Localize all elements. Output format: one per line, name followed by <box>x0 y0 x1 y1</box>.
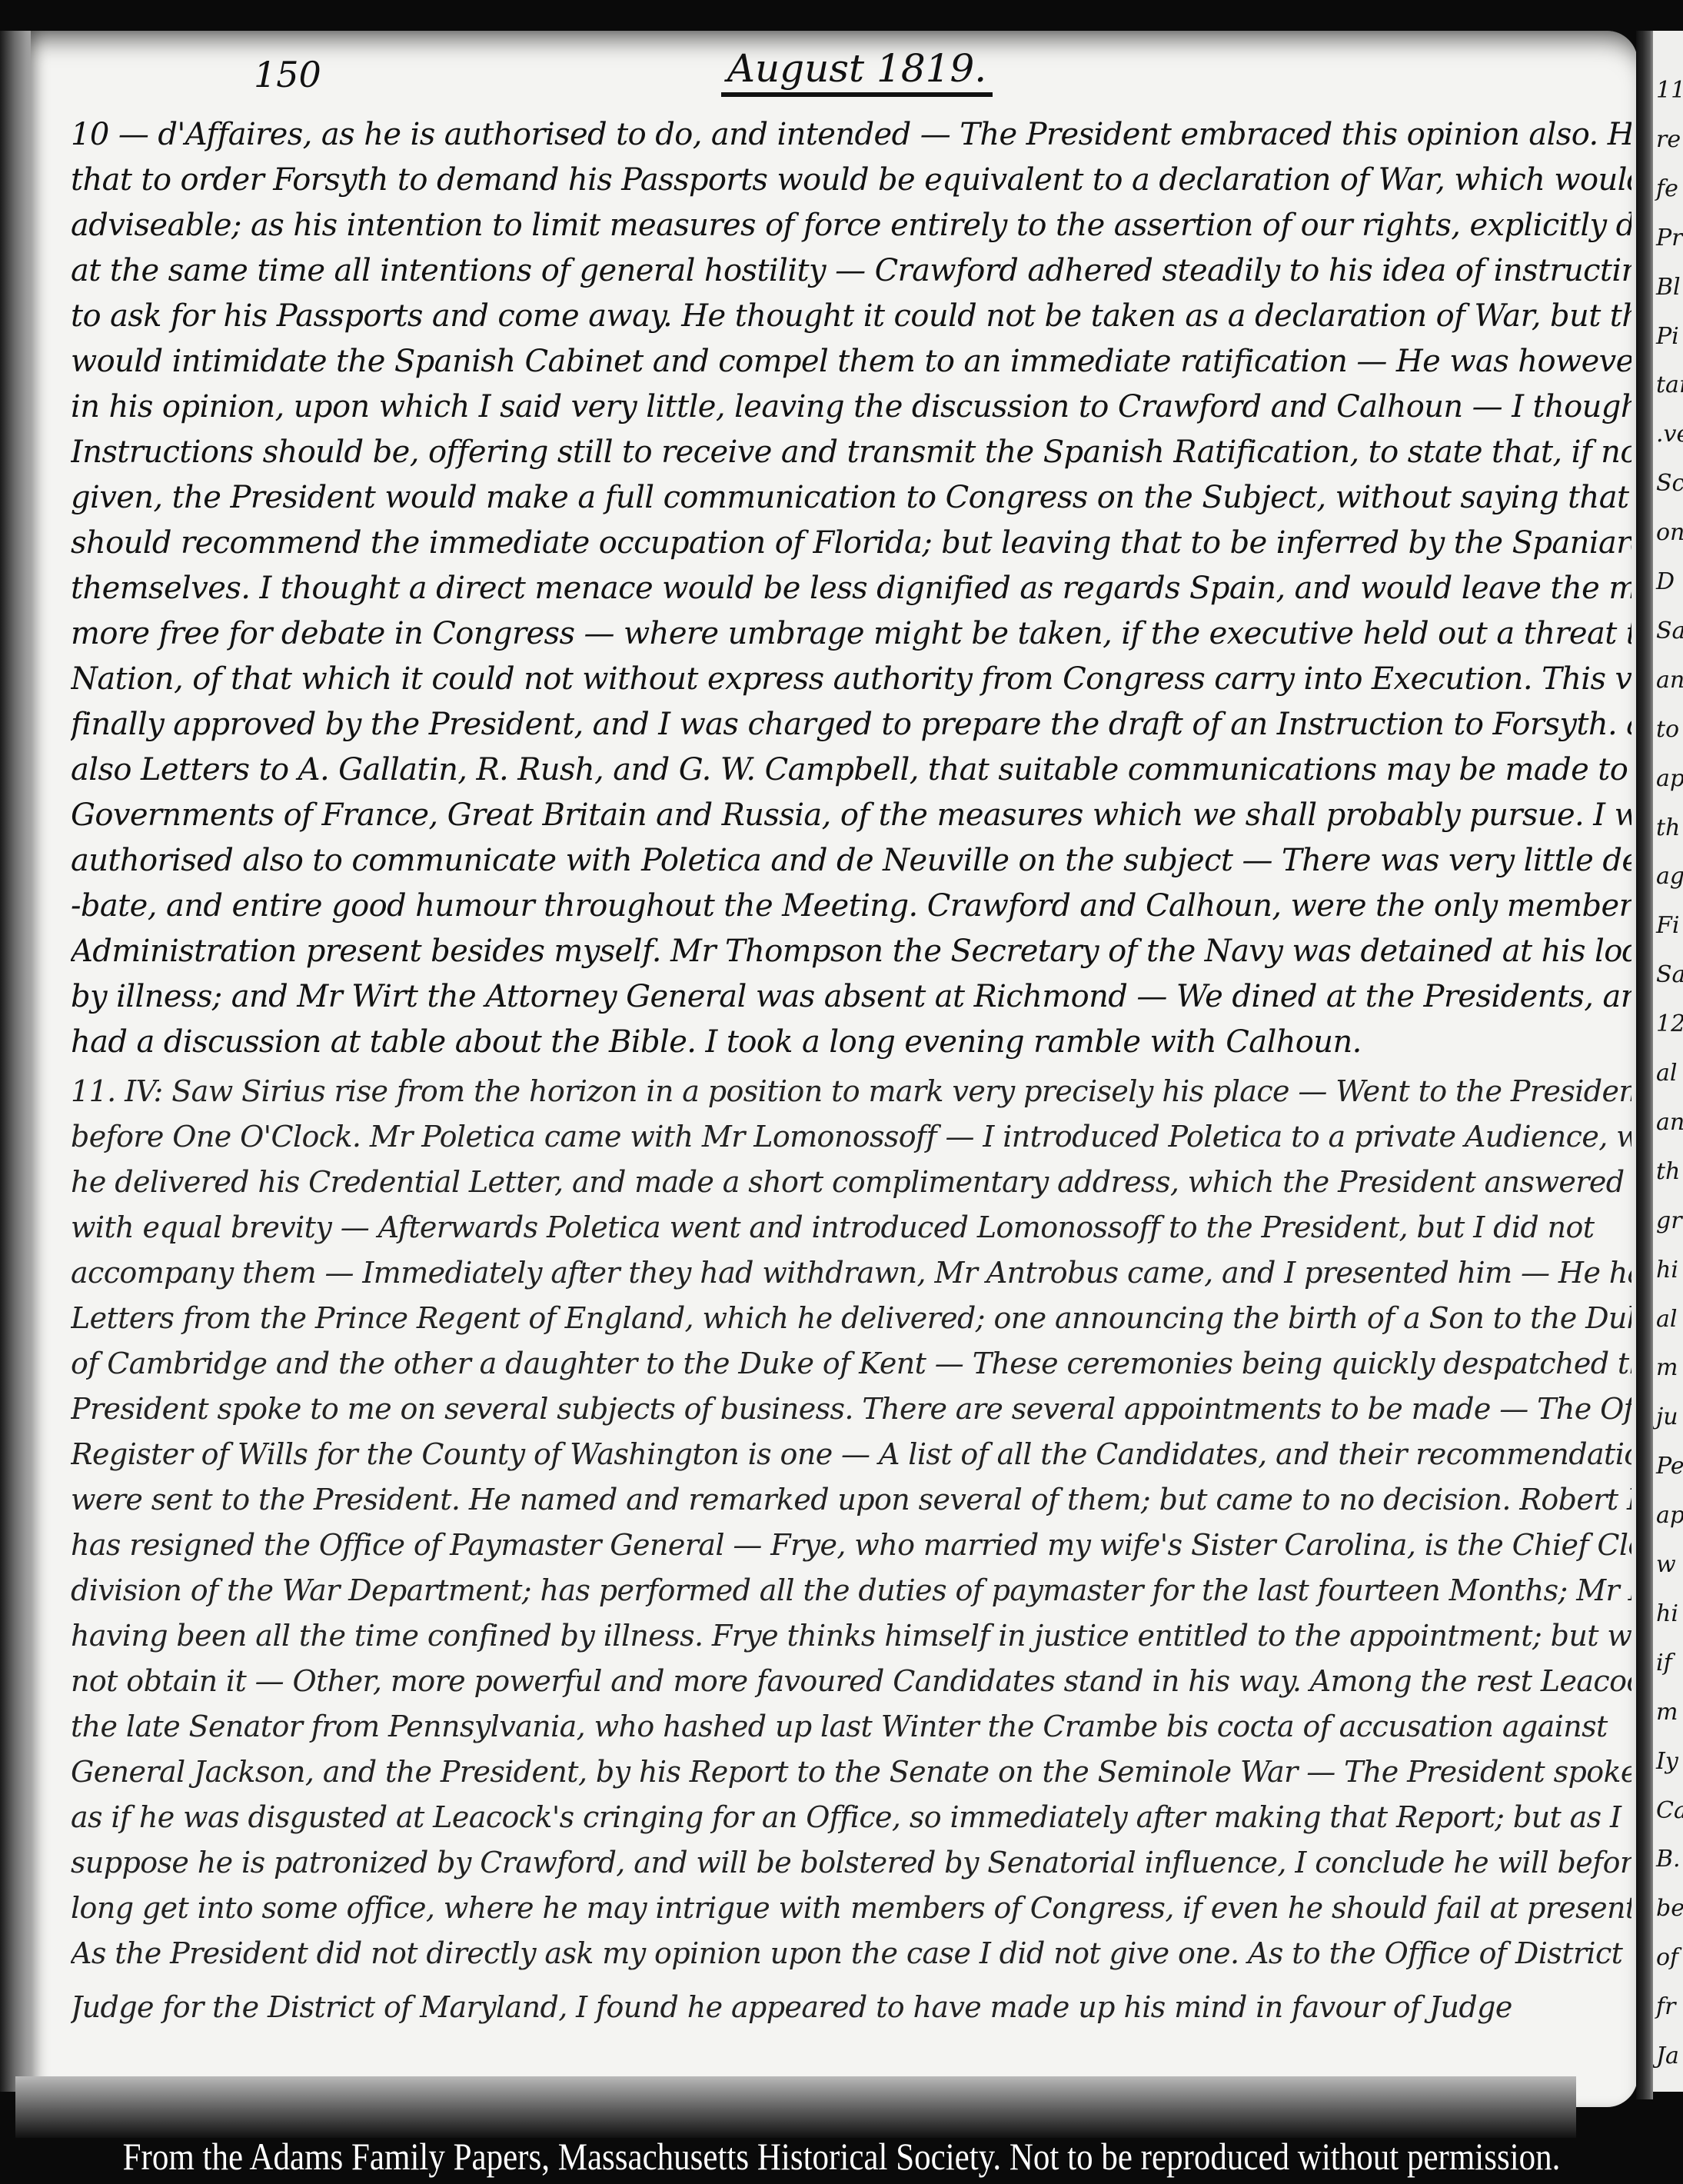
text-line: -bate, and entire good humour throughout… <box>71 887 1631 925</box>
text-line: the late Senator from Pennsylvania, who … <box>71 1707 1631 1746</box>
facing-page-fragment: of <box>1656 1944 1678 1971</box>
text-line: authorised also to communicate with Pole… <box>71 841 1631 880</box>
facing-page-fragment: Pi <box>1656 323 1679 350</box>
facing-page-fragment: an <box>1656 667 1683 694</box>
text-line: accompany them — Immediately after they … <box>71 1253 1631 1292</box>
facing-page-fragment: fr <box>1656 1993 1675 2020</box>
facing-page-fragment: 12 <box>1656 1010 1683 1037</box>
facing-page-fragment: th <box>1656 814 1680 841</box>
facing-page-fragment: B. <box>1656 1846 1681 1873</box>
text-line: of Cambridge and the other a daughter to… <box>71 1344 1631 1383</box>
facing-page-fragment: if <box>1656 1650 1672 1676</box>
facing-page-fragment: Iy <box>1656 1748 1678 1775</box>
facing-page-fragment: to <box>1656 716 1679 743</box>
text-line: he delivered his Credential Letter, and … <box>71 1163 1631 1201</box>
facing-page-fragment: Sa <box>1656 618 1683 644</box>
text-line: should recommend the immediate occupatio… <box>71 524 1631 562</box>
manuscript-scan: 11.refePrBlPitary.veSconDSaantoapthagFiS… <box>0 0 1683 2184</box>
facing-page-edge: 11.refePrBlPitary.veSconDSaantoapthagFiS… <box>1653 31 1683 2092</box>
text-line: has resigned the Office of Paymaster Gen… <box>71 1526 1631 1564</box>
text-line: before One O'Clock. Mr Poletica came wit… <box>71 1117 1631 1156</box>
text-line: suppose he is patronized by Crawford, an… <box>71 1843 1631 1882</box>
text-line: Administration present besides myself. M… <box>71 932 1631 970</box>
text-line: General Jackson, and the President, by h… <box>71 1753 1631 1791</box>
text-line: division of the War Department; has perf… <box>71 1571 1631 1610</box>
text-line: Register of Wills for the County of Wash… <box>71 1435 1631 1473</box>
text-line: Instructions should be, offering still t… <box>71 433 1631 471</box>
text-line: were sent to the President. He named and… <box>71 1480 1631 1519</box>
facing-page-fragment: m <box>1656 1699 1678 1726</box>
text-line: long get into some office, where he may … <box>71 1889 1631 1927</box>
text-line: themselves. I thought a direct menace wo… <box>71 569 1631 608</box>
facing-page-fragment: Fi <box>1656 912 1679 939</box>
page-bottom-shadow <box>15 2076 1576 2138</box>
facing-page-fragment: .ve <box>1656 421 1683 448</box>
text-line: at the same time all intentions of gener… <box>71 251 1631 290</box>
book-gutter <box>1636 31 1653 2099</box>
text-line: having been all the time confined by ill… <box>71 1616 1631 1655</box>
facing-page-fragment: Pe <box>1656 1453 1683 1480</box>
facing-page-fragment: an <box>1656 1109 1683 1136</box>
facing-page-fragment: hi <box>1656 1600 1678 1627</box>
text-line: 10 — d'Affaires, as he is authorised to … <box>71 115 1631 154</box>
text-line: As the President did not directly ask my… <box>71 1934 1631 1973</box>
facing-page-fragment: Sc <box>1656 470 1683 497</box>
date-header: August 1819. <box>0 46 1683 97</box>
text-line: Governments of France, Great Britain and… <box>71 796 1631 834</box>
facing-page-fragment: re <box>1656 126 1681 153</box>
text-line: more free for debate in Congress — where… <box>71 614 1631 653</box>
text-line: in his opinion, upon which I said very l… <box>71 388 1631 426</box>
facing-page-fragment: ap <box>1656 1502 1683 1529</box>
text-line: Letters from the Prince Regent of Englan… <box>71 1299 1631 1337</box>
facing-page-fragment: m <box>1656 1354 1678 1381</box>
text-line: Nation, of that which it could not witho… <box>71 660 1631 698</box>
facing-page-fragment: be <box>1656 1895 1683 1922</box>
text-line: that to order Forsyth to demand his Pass… <box>71 161 1631 199</box>
facing-page-fragment: Ja <box>1656 2043 1679 2069</box>
copyright-caption: From the Adams Family Papers, Massachuse… <box>118 2134 1565 2179</box>
text-line: finally approved by the President, and I… <box>71 705 1631 744</box>
facing-page-fragment: Ca <box>1656 1797 1683 1824</box>
facing-page-fragment: tary <box>1656 371 1683 398</box>
text-line: Judge for the District of Maryland, I fo… <box>71 1988 1631 2026</box>
text-line: had a discussion at table about the Bibl… <box>71 1023 1631 1061</box>
facing-page-fragment: Sa <box>1656 961 1683 988</box>
text-line: to ask for his Passports and come away. … <box>71 297 1631 335</box>
facing-page-fragment: w <box>1656 1551 1676 1578</box>
facing-page-fragment: hi <box>1656 1257 1678 1283</box>
facing-page-fragment: fe <box>1656 175 1678 202</box>
facing-page-fragment: Bl <box>1656 274 1681 301</box>
text-line: would intimidate the Spanish Cabinet and… <box>71 342 1631 381</box>
facing-page-fragment: gr <box>1656 1207 1682 1234</box>
facing-page-fragment: Pr <box>1656 225 1683 251</box>
text-line: not obtain it — Other, more powerful and… <box>71 1662 1631 1700</box>
facing-page-fragment: al <box>1656 1060 1677 1087</box>
text-line: President spoke to me on several subject… <box>71 1390 1631 1428</box>
text-line-entry-start: 11. IV: Saw Sirius rise from the horizon… <box>71 1072 1631 1110</box>
text-line: with equal brevity — Afterwards Poletica… <box>71 1208 1631 1247</box>
text-line: also Letters to A. Gallatin, R. Rush, an… <box>71 751 1631 789</box>
facing-page-fragment: al <box>1656 1306 1677 1333</box>
text-line: by illness; and Mr Wirt the Attorney Gen… <box>71 977 1631 1016</box>
facing-page-fragment: ju <box>1656 1403 1678 1430</box>
text-line: as if he was disgusted at Leacock's crin… <box>71 1798 1631 1836</box>
facing-page-fragment: D <box>1656 568 1675 595</box>
text-line: adviseable; as his intention to limit me… <box>71 206 1631 245</box>
facing-page-fragment: ap <box>1656 765 1683 792</box>
facing-page-fragment: ag <box>1656 863 1683 890</box>
facing-page-fragment: th <box>1656 1158 1680 1185</box>
date-header-text: August 1819. <box>721 46 993 97</box>
facing-page-fragment: on <box>1656 519 1683 546</box>
text-line: given, the President would make a full c… <box>71 478 1631 517</box>
